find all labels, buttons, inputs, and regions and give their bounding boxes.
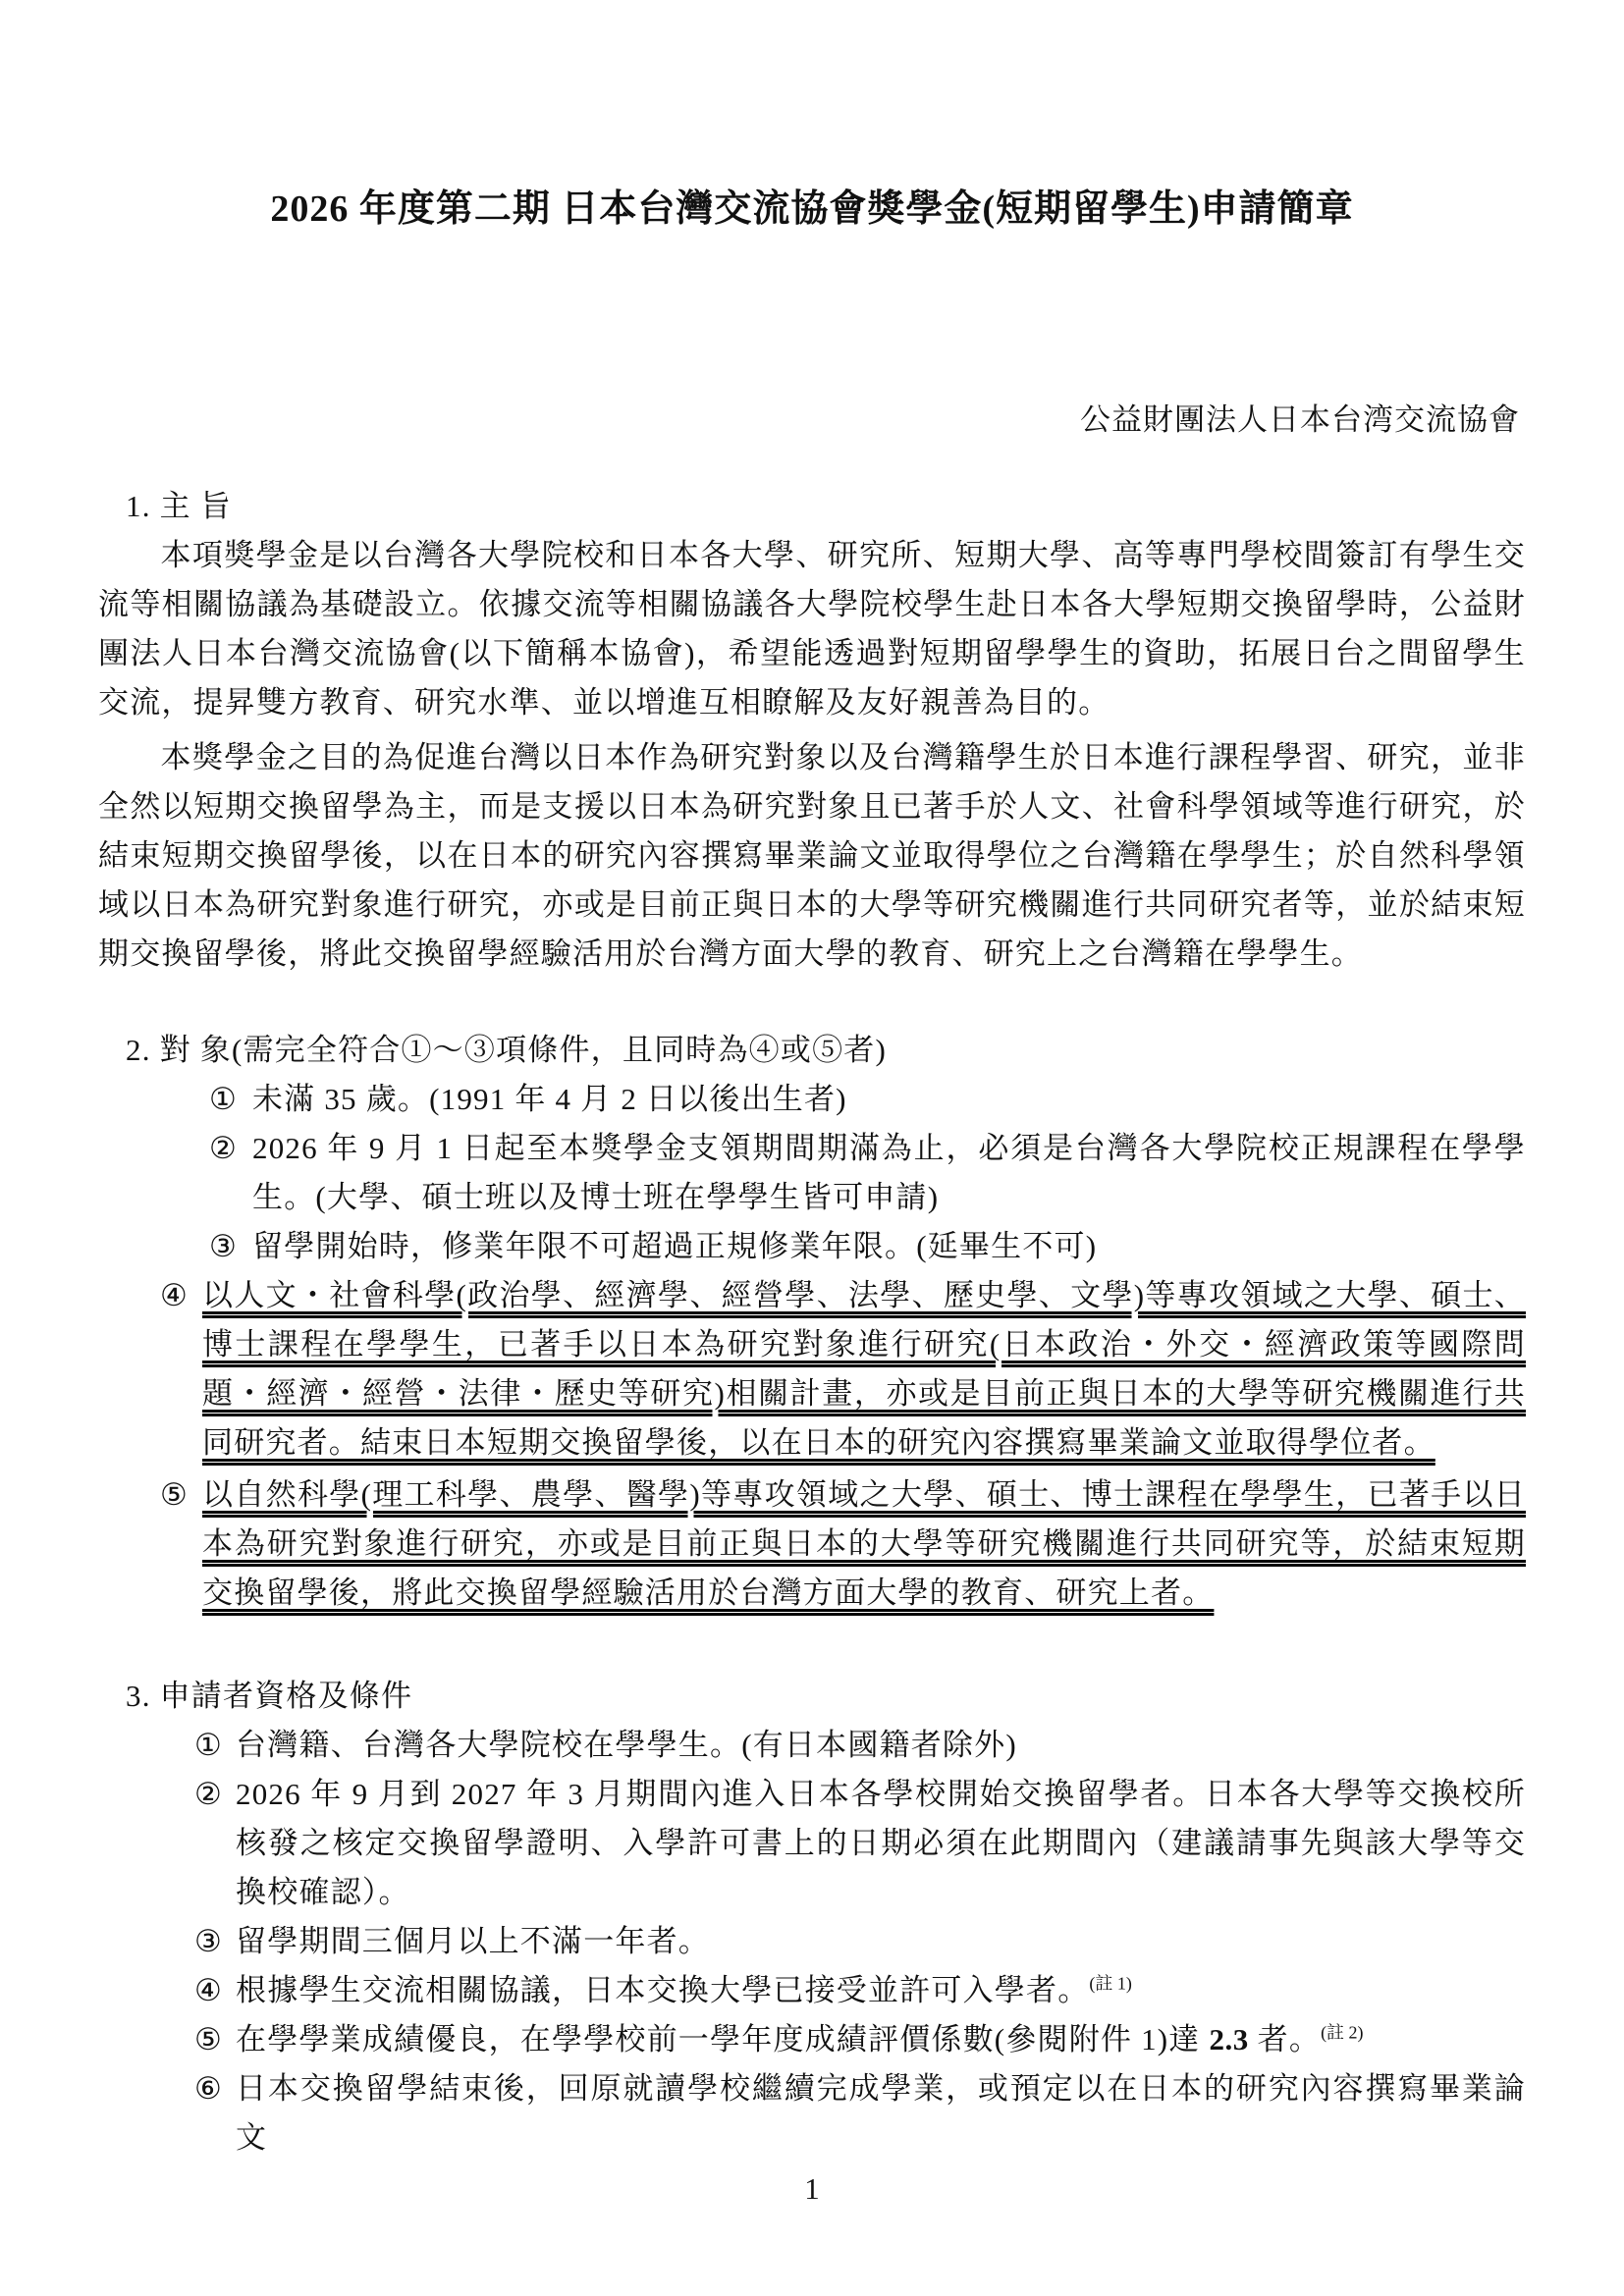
- item-number: ②: [209, 1124, 252, 1222]
- gpa-threshold: 2.3: [1209, 2022, 1248, 2056]
- section3-heading: 3. 申請者資格及條件: [126, 1672, 1526, 1721]
- list-item: ③ 留學開始時，修業年限不可超過正規修業年限。(延畢生不可): [98, 1222, 1526, 1271]
- item-text: 2026 年 9 月 1 日起至本獎學金支領期間期滿為止，必須是台灣各大學院校正…: [252, 1124, 1526, 1222]
- item-number: ④: [160, 1271, 202, 1468]
- item-number: ⑤: [194, 2015, 236, 2064]
- item-text: 未滿 35 歲。(1991 年 4 月 2 日以後出生者): [252, 1075, 1526, 1124]
- item-text: 台灣籍、台灣各大學院校在學學生。(有日本國籍者除外): [236, 1721, 1526, 1770]
- item-number: ②: [194, 1770, 236, 1917]
- list-item: ④ 以人文・社會科學(政治學、經濟學、經營學、法學、歷史學、文學)等專攻領域之大…: [98, 1271, 1526, 1468]
- item-number: ①: [194, 1721, 236, 1770]
- list-item: ② 2026 年 9 月到 2027 年 3 月期間內進入日本各學校開始交換留學…: [98, 1770, 1526, 1917]
- list-item: ③ 留學期間三個月以上不滿一年者。: [98, 1917, 1526, 1966]
- item-text: 根據學生交流相關協議，日本交換大學已接受並許可入學者。(註 1): [236, 1966, 1526, 2015]
- section1-heading: 1. 主 旨: [126, 482, 1526, 531]
- list-item: ⑤ 以自然科學(理工科學、農學、醫學)等專攻領域之大學、碩士、博士課程在學學生，…: [98, 1470, 1526, 1618]
- item-text: 留學開始時，修業年限不可超過正規修業年限。(延畢生不可): [252, 1222, 1526, 1271]
- item-number: ⑥: [194, 2064, 236, 2163]
- item-number: ③: [194, 1917, 236, 1966]
- item-text-main: 根據學生交流相關協議，日本交換大學已接受並許可入學者。: [236, 1973, 1089, 2007]
- list-item: ⑥ 日本交換留學結束後，回原就讀學校繼續完成學業，或預定以在日本的研究內容撰寫畢…: [98, 2064, 1526, 2163]
- item-number: ③: [209, 1222, 252, 1271]
- footnote-ref: (註 1): [1089, 1974, 1132, 1994]
- footnote-ref: (註 2): [1321, 2023, 1364, 2043]
- list-item: ⑤ 在學學業成績優良，在學學校前一學年度成績評價係數(參閱附件 1)達 2.3 …: [98, 2015, 1526, 2064]
- item-text-underlined: 以人文・社會科學(政治學、經濟學、經營學、法學、歷史學、文學)等專攻領域之大學、…: [202, 1271, 1526, 1468]
- document-page: 2026 年度第二期 日本台灣交流協會獎學金(短期留學生)申請簡章 公益財團法人…: [0, 0, 1624, 2296]
- item-text-main: 在學學業成績優良，在學學校前一學年度成績評價係數(參閱附件 1)達: [236, 2022, 1209, 2056]
- item-text: 日本交換留學結束後，回原就讀學校繼續完成學業，或預定以在日本的研究內容撰寫畢業論…: [236, 2064, 1526, 2163]
- issuer-line: 公益財團法人日本台湾交流協會: [98, 396, 1526, 445]
- list-item: ① 台灣籍、台灣各大學院校在學學生。(有日本國籍者除外): [98, 1721, 1526, 1770]
- item-number: ⑤: [160, 1470, 202, 1618]
- item-number: ①: [209, 1075, 252, 1124]
- item-text: 留學期間三個月以上不滿一年者。: [236, 1917, 1526, 1966]
- section1-paragraph: 本獎學金之目的為促進台灣以日本作為研究對象以及台灣籍學生於日本進行課程學習、研究…: [98, 733, 1526, 979]
- item-text-tail: 者。: [1249, 2022, 1321, 2056]
- item-text-underlined: 以自然科學(理工科學、農學、醫學)等專攻領域之大學、碩士、博士課程在學學生，已著…: [202, 1470, 1526, 1618]
- item-text: 2026 年 9 月到 2027 年 3 月期間內進入日本各學校開始交換留學者。…: [236, 1770, 1526, 1917]
- item-number: ④: [194, 1966, 236, 2015]
- doc-title: 2026 年度第二期 日本台灣交流協會獎學金(短期留學生)申請簡章: [98, 182, 1526, 237]
- list-item: ④ 根據學生交流相關協議，日本交換大學已接受並許可入學者。(註 1): [98, 1966, 1526, 2015]
- list-item: ① 未滿 35 歲。(1991 年 4 月 2 日以後出生者): [98, 1075, 1526, 1124]
- page-number: 1: [98, 2164, 1526, 2214]
- list-item: ② 2026 年 9 月 1 日起至本獎學金支領期間期滿為止，必須是台灣各大學院…: [98, 1124, 1526, 1222]
- section1-paragraph: 本項獎學金是以台灣各大學院校和日本各大學、研究所、短期大學、高等專門學校間簽訂有…: [98, 531, 1526, 727]
- section2-heading: 2. 對 象(需完全符合①～③項條件，且同時為④或⑤者): [126, 1026, 1526, 1075]
- item-text: 在學學業成績優良，在學學校前一學年度成績評價係數(參閱附件 1)達 2.3 者。…: [236, 2015, 1526, 2064]
